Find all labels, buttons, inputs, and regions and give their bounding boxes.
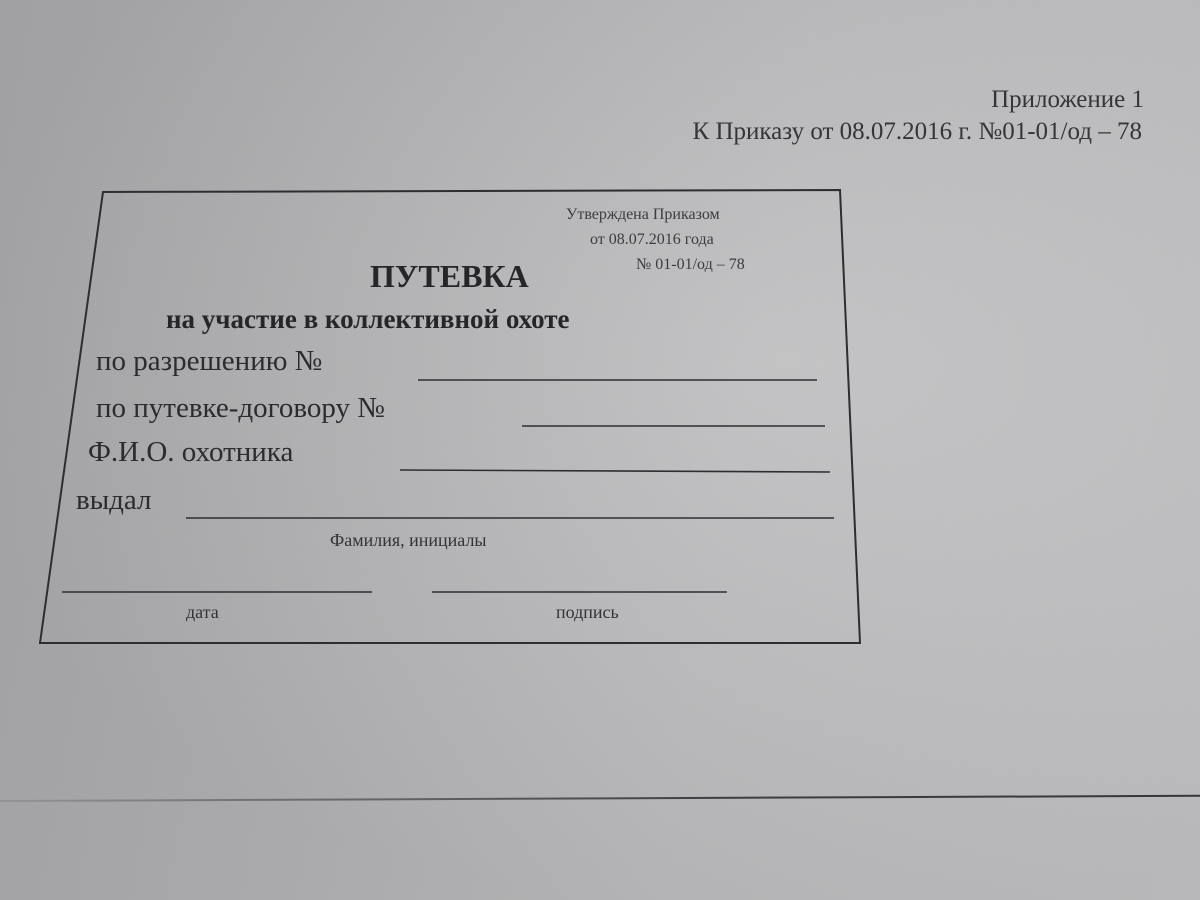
hunter-name-line xyxy=(400,470,830,472)
hunter-name-label: Ф.И.О. охотника xyxy=(88,436,293,469)
approval-line-3: № 01-01/од – 78 xyxy=(636,256,745,274)
issuer-caption: Фамилия, инициалы xyxy=(330,530,487,551)
approval-line-1: Утверждена Приказом xyxy=(566,206,720,224)
signature-caption: подпись xyxy=(556,602,619,623)
approval-line-2: от 08.07.2016 года xyxy=(590,231,714,249)
form-title: ПУТЕВКА xyxy=(370,258,529,295)
date-caption: дата xyxy=(186,602,219,623)
form-subtitle: на участие в коллективной охоте xyxy=(166,304,570,335)
permit-number-label: по разрешению № xyxy=(96,345,322,378)
issuer-label: выдал xyxy=(76,484,152,517)
contract-number-label: по путевке-договору № xyxy=(96,392,385,425)
